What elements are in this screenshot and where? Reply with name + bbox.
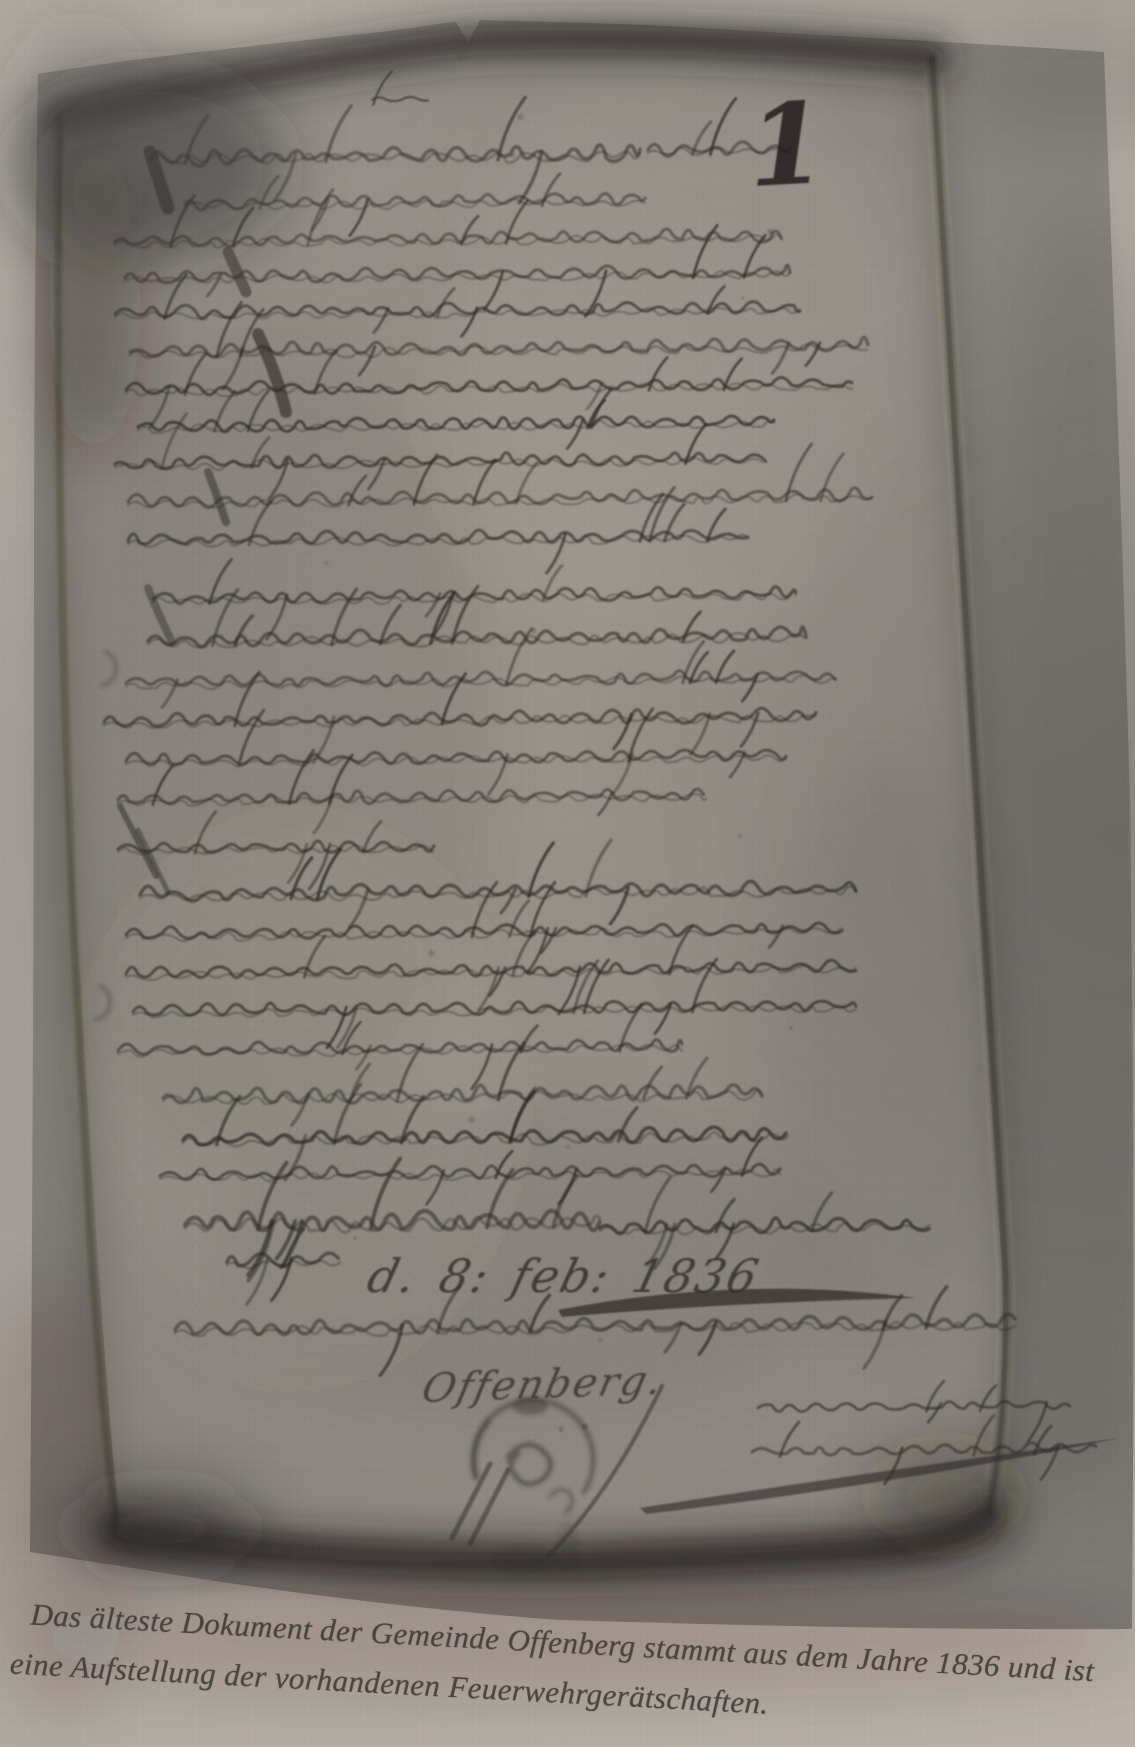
document-photograph: 1 d. 8: feb: 1836 Offenberg. (0, 0, 1135, 1747)
ink-speck (738, 834, 742, 838)
ink-speck (510, 152, 515, 157)
ink-speck (325, 561, 329, 565)
handwritten-page-number: 1 (745, 78, 830, 213)
ink-speck (517, 113, 524, 120)
ink-speck (531, 628, 537, 634)
stamp-smear (557, 1522, 579, 1570)
corner-blob-leftupper (50, 140, 140, 460)
ink-speck (453, 594, 458, 599)
ink-speck (789, 1026, 792, 1029)
book-page: 1 d. 8: feb: 1836 Offenberg. Das älteste… (0, 0, 1135, 1747)
ink-speck (566, 1145, 570, 1149)
ink-speck (429, 950, 435, 956)
stamp-top-blob (512, 1397, 548, 1415)
ink-speck (768, 229, 774, 235)
ink-speck (559, 1427, 564, 1432)
stamp-smear (494, 1545, 554, 1571)
ink-speck (598, 1338, 603, 1343)
paper-stain (760, 750, 1000, 1350)
corner-blob-bottomleft (65, 1488, 255, 1568)
ink-speck (354, 1237, 357, 1240)
handwritten-page-number-group: 1 (745, 78, 830, 213)
ink-speck (468, 1116, 475, 1123)
ink-speck (741, 297, 744, 300)
